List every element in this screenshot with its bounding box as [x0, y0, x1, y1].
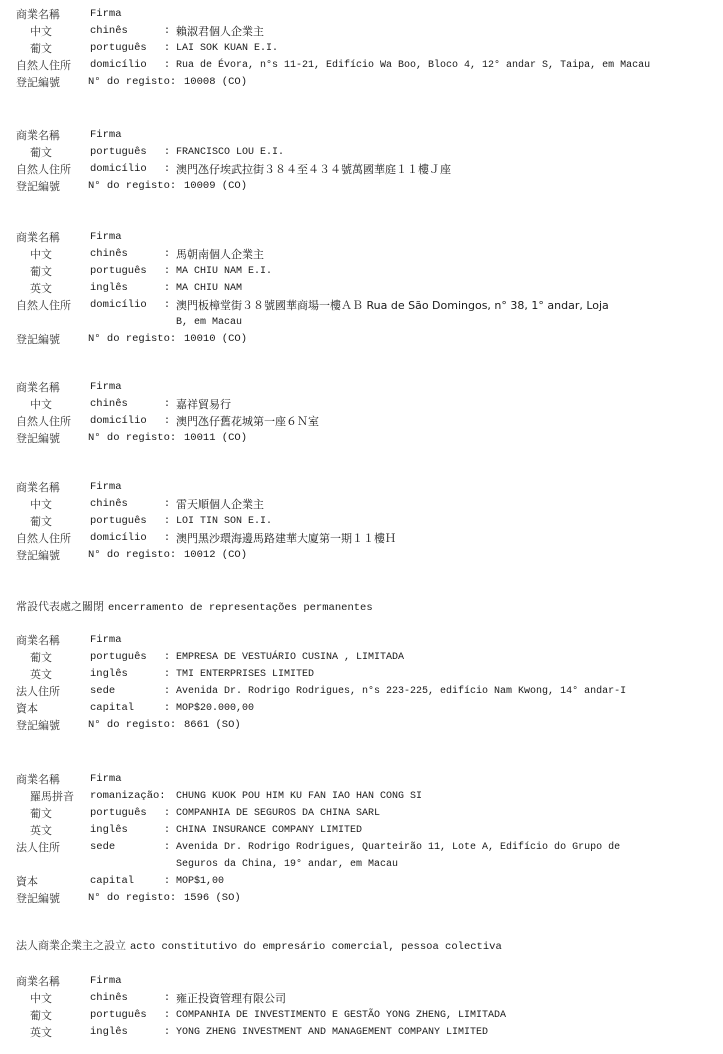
- portugues-label-zh: 葡文: [30, 40, 52, 57]
- firma-label-zh: 商業名稱: [16, 771, 60, 788]
- chines-label-pt: chinês: [90, 23, 128, 40]
- portugues-label-zh: 葡文: [30, 805, 52, 822]
- colon: :: [164, 990, 170, 1007]
- ingles-value: MA CHIU NAM: [176, 280, 242, 297]
- registo-label-zh: 登記編號: [16, 178, 60, 195]
- section-heading-constitution: 法人商業企業主之設立acto constitutivo do empresári…: [16, 937, 502, 956]
- ingles-label-pt: inglês: [90, 666, 128, 683]
- firma-label-zh: 商業名稱: [16, 127, 60, 144]
- registo-row: 登記編號 N° do registo: 10012 (CO): [16, 547, 716, 564]
- portugues-row: 葡文 português : FRANCISCO LOU E.I.: [16, 144, 716, 161]
- firma-label-pt: Firma: [90, 632, 122, 649]
- registry-entry-10008: 商業名稱 Firma 中文 chinês : 賴淑君個人企業主 葡文 portu…: [16, 6, 716, 91]
- registry-entry-1596: 商業名稱 Firma 羅馬拼音 romanização: CHUNG KUOK …: [16, 771, 716, 907]
- registo-value: 10010 (CO): [184, 331, 247, 348]
- portugues-label-pt: português: [90, 144, 147, 161]
- capital-row: 資本 capital : MOP$20.000,00: [16, 700, 716, 717]
- portugues-label-zh: 葡文: [30, 513, 52, 530]
- capital-label-pt: capital: [90, 873, 134, 890]
- registo-value: 10008 (CO): [184, 74, 247, 91]
- firma-row: 商業名稱 Firma: [16, 6, 716, 23]
- chines-label-zh: 中文: [30, 246, 52, 263]
- ingles-value: CHINA INSURANCE COMPANY LIMITED: [176, 822, 362, 839]
- colon: :: [164, 23, 170, 40]
- chines-label-pt: chinês: [90, 396, 128, 413]
- portugues-value: FRANCISCO LOU E.I.: [176, 144, 284, 161]
- registo-label-zh: 登記編號: [16, 547, 60, 564]
- registo-label-pt: N° do registo:: [88, 890, 176, 907]
- portugues-label-zh: 葡文: [30, 1007, 52, 1024]
- capital-value: MOP$1,00: [176, 873, 224, 890]
- colon: :: [164, 57, 170, 74]
- portugues-value: LOI TIN SON E.I.: [176, 513, 272, 530]
- colon: :: [164, 649, 170, 666]
- colon: :: [164, 873, 170, 890]
- capital-label-zh: 資本: [16, 700, 38, 717]
- registry-entry-10009: 商業名稱 Firma 葡文 português : FRANCISCO LOU …: [16, 127, 716, 195]
- domicilio-row: 自然人住所 domicílio : 澳門氹仔舊花城第一座６Ｎ室: [16, 413, 716, 430]
- domicilio-label-zh: 自然人住所: [16, 57, 71, 74]
- section-title-zh: 常設代表處之關閉: [16, 600, 104, 613]
- sede-label-pt: sede: [90, 683, 115, 700]
- chines-label-zh: 中文: [30, 496, 52, 513]
- domicilio-label-pt: domicílio: [90, 161, 147, 178]
- colon: :: [164, 161, 170, 178]
- domicilio-row: 自然人住所 domicílio : 澳門黑沙環海邊馬路建華大廈第一期１１樓Ｈ: [16, 530, 716, 547]
- colon: :: [164, 666, 170, 683]
- firma-label-pt: Firma: [90, 479, 122, 496]
- firma-row: 商業名稱 Firma: [16, 379, 716, 396]
- registo-row: 登記編號 N° do registo: 10008 (CO): [16, 74, 716, 91]
- colon: :: [164, 280, 170, 297]
- registry-entry-8661: 商業名稱 Firma 葡文 português : EMPRESA DE VES…: [16, 632, 716, 734]
- sede-label-zh: 法人住所: [16, 839, 60, 856]
- colon: :: [164, 700, 170, 717]
- romanizacao-value: CHUNG KUOK POU HIM KU FAN IAO HAN CONG S…: [176, 788, 422, 805]
- portugues-label-pt: português: [90, 649, 147, 666]
- sede-row: 法人住所 sede : Avenida Dr. Rodrigo Rodrigue…: [16, 683, 716, 700]
- registry-entry-yong-zheng: 商業名稱 Firma 中文 chinês : 雍正投資管理有限公司 葡文 por…: [16, 973, 716, 1041]
- portugues-row: 葡文 português : COMPANHIA DE INVESTIMENTO…: [16, 1007, 716, 1024]
- firma-label-zh: 商業名稱: [16, 6, 60, 23]
- registo-label-pt: N° do registo:: [88, 74, 176, 91]
- romanizacao-label-pt: romanização:: [90, 788, 166, 805]
- section-title-pt: acto constitutivo do empresário comercia…: [130, 941, 502, 953]
- registo-label-zh: 登記編號: [16, 430, 60, 447]
- chines-label-pt: chinês: [90, 246, 128, 263]
- chines-row: 中文 chinês : 嘉祥貿易行: [16, 396, 716, 413]
- colon: :: [164, 246, 170, 263]
- registo-label-pt: N° do registo:: [88, 178, 176, 195]
- firma-label-zh: 商業名稱: [16, 973, 60, 990]
- romanizacao-row: 羅馬拼音 romanização: CHUNG KUOK POU HIM KU …: [16, 788, 716, 805]
- ingles-label-zh: 英文: [30, 666, 52, 683]
- ingles-row: 英文 inglês : TMI ENTERPRISES LIMITED: [16, 666, 716, 683]
- firma-label-pt: Firma: [90, 127, 122, 144]
- capital-label-zh: 資本: [16, 873, 38, 890]
- registo-value: 10011 (CO): [184, 430, 247, 447]
- sede-value: Avenida Dr. Rodrigo Rodrigues, Quarteirã…: [176, 839, 620, 856]
- portugues-label-zh: 葡文: [30, 144, 52, 161]
- firma-row: 商業名稱 Firma: [16, 632, 716, 649]
- domicilio-label-zh: 自然人住所: [16, 297, 71, 314]
- portugues-row: 葡文 português : LAI SOK KUAN E.I.: [16, 40, 716, 57]
- domicilio-label-zh: 自然人住所: [16, 530, 71, 547]
- firma-row: 商業名稱 Firma: [16, 973, 716, 990]
- chines-label-zh: 中文: [30, 990, 52, 1007]
- chines-label-zh: 中文: [30, 396, 52, 413]
- ingles-row: 英文 inglês : YONG ZHENG INVESTMENT AND MA…: [16, 1024, 716, 1041]
- chines-label-pt: chinês: [90, 990, 128, 1007]
- registo-value: 1596 (SO): [184, 890, 241, 907]
- ingles-row: 英文 inglês : MA CHIU NAM: [16, 280, 716, 297]
- colon: :: [164, 396, 170, 413]
- portugues-value: EMPRESA DE VESTUÁRIO CUSINA , LIMITADA: [176, 649, 404, 666]
- ingles-value: TMI ENTERPRISES LIMITED: [176, 666, 314, 683]
- firma-row: 商業名稱 Firma: [16, 479, 716, 496]
- portugues-label-zh: 葡文: [30, 649, 52, 666]
- portugues-value: COMPANHIA DE SEGUROS DA CHINA SARL: [176, 805, 380, 822]
- portugues-label-pt: português: [90, 263, 147, 280]
- section-heading-closing: 常設代表處之關閉encerramento de representações p…: [16, 598, 373, 617]
- colon: :: [164, 413, 170, 430]
- firma-label-pt: Firma: [90, 6, 122, 23]
- registo-row: 登記編號 N° do registo: 1596 (SO): [16, 890, 716, 907]
- ingles-label-zh: 英文: [30, 280, 52, 297]
- registo-row: 登記編號 N° do registo: 10010 (CO): [16, 331, 716, 348]
- registry-entry-10010: 商業名稱 Firma 中文 chinês : 馬朝南個人企業主 葡文 portu…: [16, 229, 716, 348]
- firma-row: 商業名稱 Firma: [16, 229, 716, 246]
- colon: :: [164, 263, 170, 280]
- sede-label-pt: sede: [90, 839, 115, 856]
- registo-label-pt: N° do registo:: [88, 331, 176, 348]
- portugues-label-zh: 葡文: [30, 263, 52, 280]
- registo-label-zh: 登記編號: [16, 717, 60, 734]
- domicilio-row: 自然人住所 domicílio : 澳門氹仔埃武拉街３８４至４３４號萬國華庭１１…: [16, 161, 716, 178]
- portugues-row: 葡文 português : LOI TIN SON E.I.: [16, 513, 716, 530]
- colon: :: [164, 805, 170, 822]
- gazette-page: 商業名稱 Firma 中文 chinês : 賴淑君個人企業主 葡文 portu…: [0, 0, 723, 1054]
- domicilio-label-pt: domicílio: [90, 57, 147, 74]
- capital-row: 資本 capital : MOP$1,00: [16, 873, 716, 890]
- capital-value: MOP$20.000,00: [176, 700, 254, 717]
- domicilio-value: Rua de Évora, n°s 11-21, Edifício Wa Boo…: [176, 57, 650, 74]
- domicilio-label-pt: domicílio: [90, 413, 147, 430]
- registo-row: 登記編號 N° do registo: 10009 (CO): [16, 178, 716, 195]
- colon: :: [164, 40, 170, 57]
- colon: :: [164, 1024, 170, 1041]
- firma-label-zh: 商業名稱: [16, 229, 60, 246]
- firma-label-zh: 商業名稱: [16, 479, 60, 496]
- portugues-row: 葡文 português : COMPANHIA DE SEGUROS DA C…: [16, 805, 716, 822]
- romanizacao-label-zh: 羅馬拼音: [30, 788, 74, 805]
- sede-value-cont: Seguros da China, 19° andar, em Macau: [176, 856, 398, 873]
- ingles-value: YONG ZHENG INVESTMENT AND MANAGEMENT COM…: [176, 1024, 488, 1041]
- section-title-pt: encerramento de representações permanent…: [108, 602, 373, 614]
- domicilio-row: 自然人住所 domicílio : 澳門板樟堂街３８號國華商場一樓ＡＢ Rua …: [16, 297, 716, 314]
- domicilio-label-pt: domicílio: [90, 530, 147, 547]
- chines-row: 中文 chinês : 馬朝南個人企業主: [16, 246, 716, 263]
- domicilio-continuation-row: B, em Macau: [16, 314, 716, 331]
- chines-label-zh: 中文: [30, 23, 52, 40]
- registo-label-pt: N° do registo:: [88, 547, 176, 564]
- portugues-row: 葡文 português : EMPRESA DE VESTUÁRIO CUSI…: [16, 649, 716, 666]
- ingles-row: 英文 inglês : CHINA INSURANCE COMPANY LIMI…: [16, 822, 716, 839]
- firma-row: 商業名稱 Firma: [16, 127, 716, 144]
- capital-label-pt: capital: [90, 700, 134, 717]
- registry-entry-10011: 商業名稱 Firma 中文 chinês : 嘉祥貿易行 自然人住所 domic…: [16, 379, 716, 447]
- domicilio-value-cont: B, em Macau: [176, 314, 242, 331]
- portugues-label-pt: português: [90, 1007, 147, 1024]
- portugues-value: LAI SOK KUAN E.I.: [176, 40, 278, 57]
- portugues-label-pt: português: [90, 513, 147, 530]
- ingles-label-pt: inglês: [90, 1024, 128, 1041]
- portugues-label-pt: português: [90, 40, 147, 57]
- registo-label-zh: 登記編號: [16, 331, 60, 348]
- registo-label-zh: 登記編號: [16, 890, 60, 907]
- firma-label-pt: Firma: [90, 379, 122, 396]
- sede-row: 法人住所 sede : Avenida Dr. Rodrigo Rodrigue…: [16, 839, 716, 856]
- portugues-label-pt: português: [90, 805, 147, 822]
- ingles-label-pt: inglês: [90, 822, 128, 839]
- firma-label-pt: Firma: [90, 973, 122, 990]
- colon: :: [164, 683, 170, 700]
- colon: :: [164, 496, 170, 513]
- sede-label-zh: 法人住所: [16, 683, 60, 700]
- sede-continuation-row: Seguros da China, 19° andar, em Macau: [16, 856, 716, 873]
- portugues-row: 葡文 português : MA CHIU NAM E.I.: [16, 263, 716, 280]
- colon: :: [164, 839, 170, 856]
- colon: :: [164, 1007, 170, 1024]
- firma-row: 商業名稱 Firma: [16, 771, 716, 788]
- domicilio-label-zh: 自然人住所: [16, 161, 71, 178]
- registo-value: 8661 (SO): [184, 717, 241, 734]
- firma-label-pt: Firma: [90, 771, 122, 788]
- portugues-value: MA CHIU NAM E.I.: [176, 263, 272, 280]
- portugues-value: COMPANHIA DE INVESTIMENTO E GESTÃO YONG …: [176, 1007, 506, 1024]
- firma-label-zh: 商業名稱: [16, 379, 60, 396]
- registo-label-zh: 登記編號: [16, 74, 60, 91]
- chines-label-pt: chinês: [90, 496, 128, 513]
- colon: :: [164, 513, 170, 530]
- ingles-label-zh: 英文: [30, 822, 52, 839]
- colon: :: [164, 297, 170, 314]
- ingles-label-zh: 英文: [30, 1024, 52, 1041]
- registo-row: 登記編號 N° do registo: 8661 (SO): [16, 717, 716, 734]
- domicilio-label-zh: 自然人住所: [16, 413, 71, 430]
- firma-label-zh: 商業名稱: [16, 632, 60, 649]
- chines-row: 中文 chinês : 雍正投資管理有限公司: [16, 990, 716, 1007]
- registo-value: 10009 (CO): [184, 178, 247, 195]
- sede-value: Avenida Dr. Rodrigo Rodrigues, n°s 223-2…: [176, 683, 626, 700]
- firma-label-pt: Firma: [90, 229, 122, 246]
- colon: :: [164, 822, 170, 839]
- registo-label-pt: N° do registo:: [88, 430, 176, 447]
- registo-label-pt: N° do registo:: [88, 717, 176, 734]
- domicilio-label-pt: domicílio: [90, 297, 147, 314]
- chines-row: 中文 chinês : 雷天順個人企業主: [16, 496, 716, 513]
- colon: :: [164, 144, 170, 161]
- section-title-zh: 法人商業企業主之設立: [16, 939, 126, 952]
- registo-row: 登記編號 N° do registo: 10011 (CO): [16, 430, 716, 447]
- chines-row: 中文 chinês : 賴淑君個人企業主: [16, 23, 716, 40]
- domicilio-row: 自然人住所 domicílio : Rua de Évora, n°s 11-2…: [16, 57, 716, 74]
- colon: :: [164, 530, 170, 547]
- registo-value: 10012 (CO): [184, 547, 247, 564]
- registry-entry-10012: 商業名稱 Firma 中文 chinês : 雷天順個人企業主 葡文 portu…: [16, 479, 716, 564]
- ingles-label-pt: inglês: [90, 280, 128, 297]
